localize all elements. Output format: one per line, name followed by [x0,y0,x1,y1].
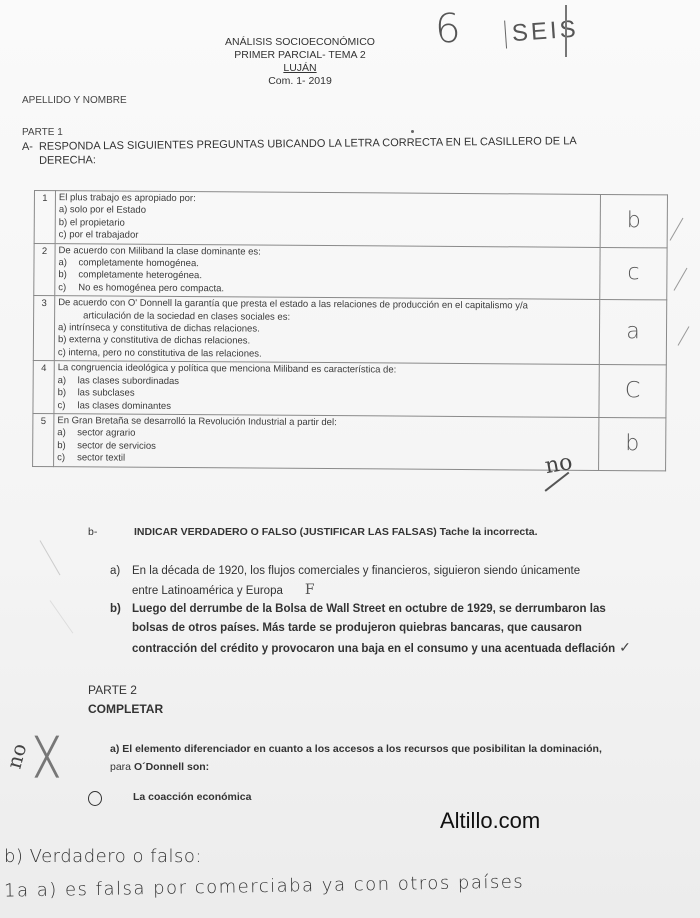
answer-box[interactable]: b [600,194,667,247]
parte2-title: PARTE 2 [88,681,163,700]
item-text: Luego del derrumbe de la Bolsa de Wall S… [132,603,606,615]
question-line-2: para O´Donnell son: [110,758,695,776]
stray-dot [411,130,414,133]
circled-option-icon[interactable] [88,791,102,806]
item-text: bolsas de otros países. Más tarde se pro… [132,622,582,634]
grader-mark-q5: no [543,450,574,479]
table-row: 3 De acuerdo con O' Donnell la garantía … [33,296,666,365]
question-number: 1 [34,191,55,244]
parte2-question-a: a) El elemento diferenciador en cuanto a… [110,740,695,776]
answer-box[interactable]: b [599,417,666,470]
question-cell: El plus trabajo es apropiado por: a) sol… [55,191,600,247]
margin-tick [678,326,690,346]
handwritten-answer: F [305,582,315,598]
margin-tick [674,268,688,291]
answer-box[interactable]: C [599,365,666,418]
watermark: Altillo.com [440,808,540,834]
question-line-1: a) El elemento diferenciador en cuanto a… [110,740,695,758]
item-text: entre Latinoamérica y Europa [132,585,283,597]
table-row: 2 De acuerdo con Miliband la clase domin… [34,243,667,300]
selected-option-text: La coacción económica [133,791,251,803]
check-icon: ✓ [619,639,631,655]
parte2-heading: PARTE 2 COMPLETAR [88,681,163,719]
table-row: 4 La congruencia ideológica y política q… [33,361,666,418]
grade-number: 6 [434,5,464,52]
question-cell: De acuerdo con O' Donnell la garantía qu… [54,296,599,365]
section-b-text: INDICAR VERDADERO O FALSO (JUSTIFICAR LA… [134,526,538,538]
item-label: a) [110,562,132,581]
parte1-title: PARTE 1 [22,127,63,138]
item-label: b) [110,600,132,619]
campus: LUJÁN [210,62,390,75]
grade-bracket [565,5,567,57]
faint-mark [40,540,61,575]
question-cell: La congruencia ideológica y política que… [54,361,599,417]
true-false-item-a: a)En la década de 1920, los flujos comer… [110,562,680,601]
faint-mark [50,600,74,633]
exam-title: PRIMER PARCIAL- TEMA 2 [210,49,390,62]
answer-box[interactable]: a [599,300,666,365]
question-number: 2 [34,243,55,296]
table-row: 1 El plus trabajo es apropiado por: a) s… [34,191,667,248]
section-a-marker: A- [22,140,39,154]
questions-table: 1 El plus trabajo es apropiado por: a) s… [32,190,668,471]
grader-mark-parte2: no [2,741,32,771]
exam-header: ANÁLISIS SOCIOECONÓMICO PRIMER PARCIAL- … [210,36,390,88]
handwritten-note-2: 1a a) es falsa por comerciaba ya con otr… [4,871,525,901]
grade-word: SEIS [504,15,579,48]
exam-page: ANÁLISIS SOCIOECONÓMICO PRIMER PARCIAL- … [0,0,700,918]
handwritten-note-1: b) Verdadero o falso: [4,846,202,867]
answer-box[interactable]: c [600,247,667,300]
instruction-line-1: RESPONDA LAS SIGUIENTES PREGUNTAS UBICAN… [39,135,577,153]
commission: Com. 1- 2019 [210,75,390,88]
section-b-instruction: b-INDICAR VERDADERO O FALSO (JUSTIFICAR … [88,526,538,538]
instruction-line-2: DERECHA: [39,154,96,167]
subject-title: ANÁLISIS SOCIOECONÓMICO [210,36,390,49]
question-cell: En Gran Bretaña se desarrolló la Revoluc… [54,414,599,470]
option: c)sector textil [57,452,595,468]
margin-tick [670,218,684,241]
student-name-label: APELLIDO Y NOMBRE [22,95,127,106]
parte2-subtitle: COMPLETAR [88,700,163,719]
question-number: 4 [33,361,54,414]
question-cell: De acuerdo con Miliband la clase dominan… [55,243,600,299]
question-number: 5 [33,413,54,466]
section-a-instruction: A-RESPONDA LAS SIGUIENTES PREGUNTAS UBIC… [22,134,602,168]
question-number: 3 [33,296,54,361]
section-b-marker: b- [88,526,134,538]
item-text: En la década de 1920, los flujos comerci… [132,565,580,577]
cross-mark-icon: ╳ [36,736,58,778]
item-text: contracción del crédito y provocaron una… [132,643,615,655]
true-false-item-b: b)Luego del derrumbe de la Bolsa de Wall… [110,600,685,659]
